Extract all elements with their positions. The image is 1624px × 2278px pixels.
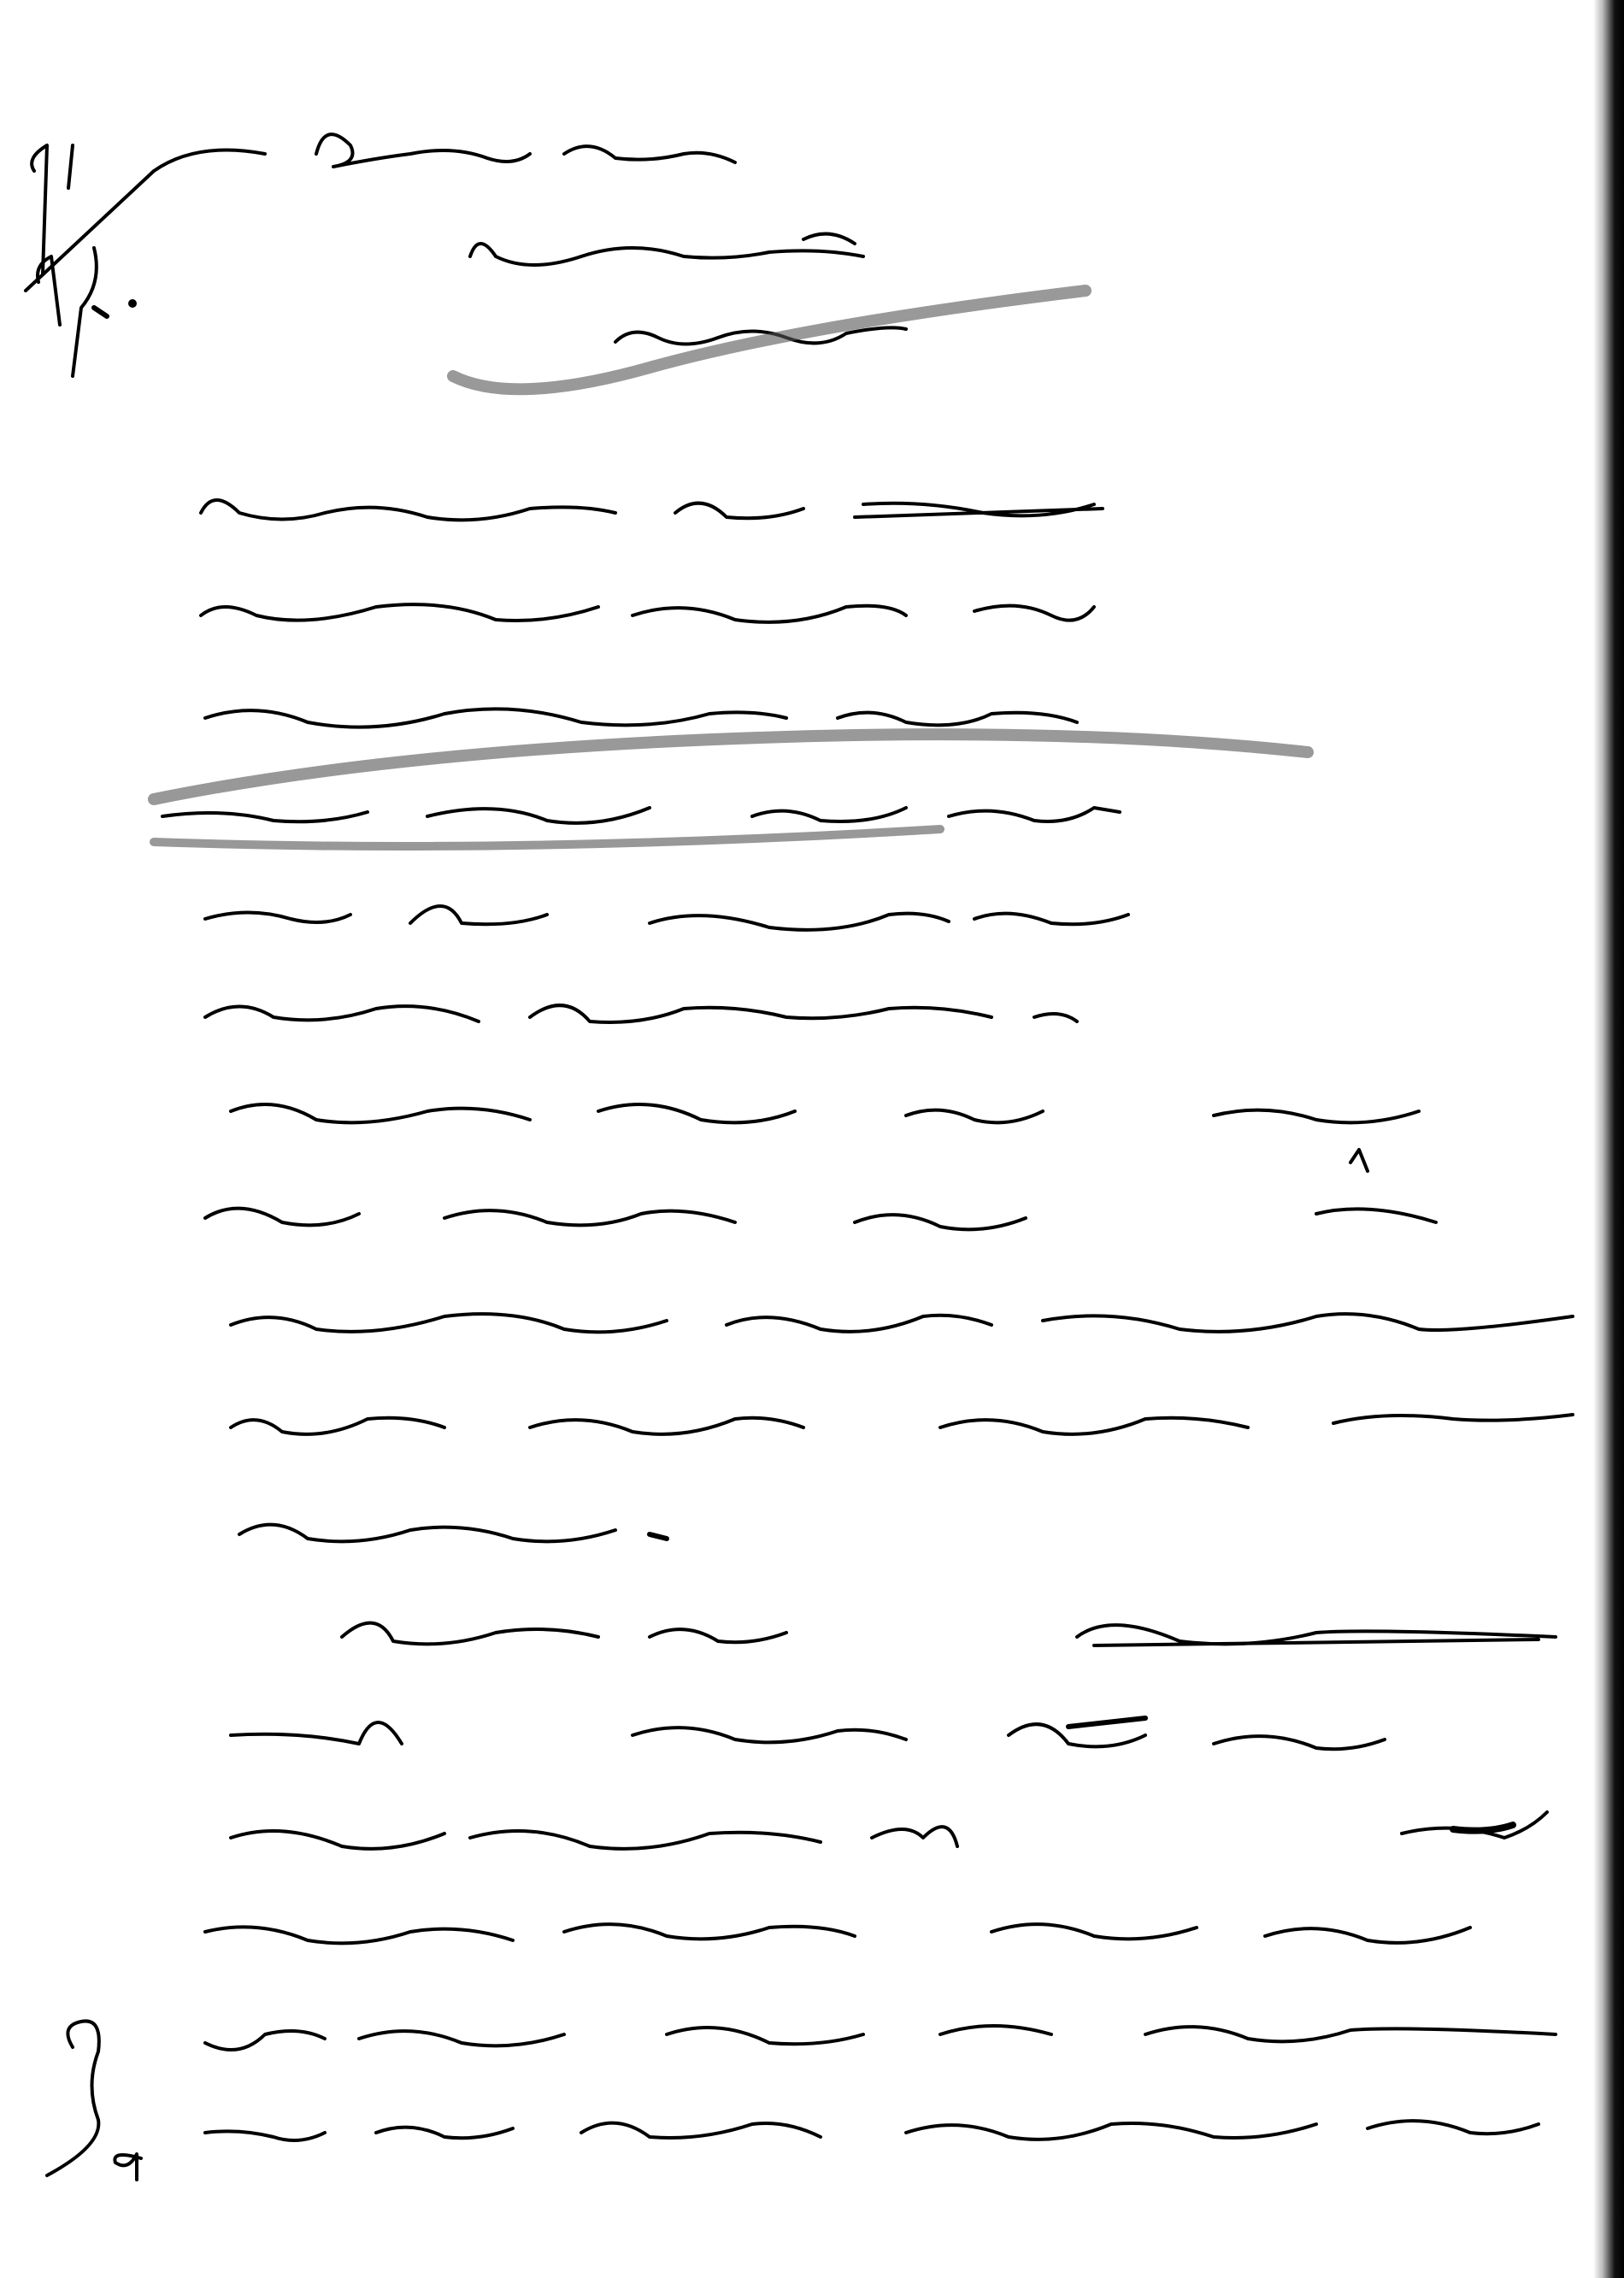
body-handwriting	[162, 500, 1573, 2140]
handwriting-strokes	[0, 0, 1624, 2278]
title-handwriting	[316, 134, 906, 344]
margin-note-glyph	[47, 2021, 141, 2180]
pencil-smudge	[154, 291, 1308, 846]
page-number-fraction	[26, 145, 265, 376]
manuscript-page: 31 27 3a	[0, 0, 1624, 2278]
